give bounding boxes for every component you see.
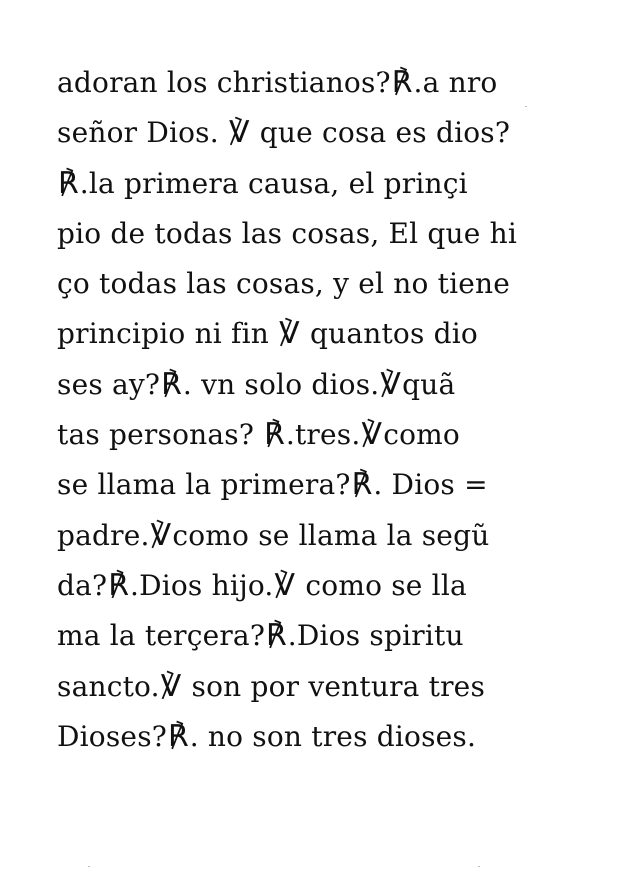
- text-segment: tas personas?: [57, 418, 263, 451]
- text-segment: . Dios =: [373, 468, 487, 501]
- text-segment: Dioses?: [57, 720, 167, 753]
- text-line: pio de todas las cosas, El que hi: [57, 209, 597, 259]
- text-segment: quantos dio: [301, 317, 478, 350]
- paper-speck: [382, 72, 384, 73]
- text-segment: adoran los christianos?: [57, 66, 391, 99]
- versicle-mark-icon: ℣: [275, 561, 296, 611]
- text-line: se llama la primera?℟. Dios =: [57, 460, 597, 510]
- text-line: ses ay?℟. vn solo dios.℣quã: [57, 360, 597, 410]
- response-mark-icon: ℟: [108, 561, 129, 611]
- manuscript-text-block: adoran los christianos?℟.a nroseñor Dios…: [57, 58, 597, 762]
- text-segment: como: [383, 418, 460, 451]
- text-segment: da?: [57, 569, 107, 602]
- paper-speck: [525, 106, 527, 107]
- text-segment: sancto.: [57, 670, 160, 703]
- text-segment: ses ay?: [57, 368, 160, 401]
- text-line: adoran los christianos?℟.a nro: [57, 58, 597, 108]
- text-segment: como se lla: [296, 569, 467, 602]
- text-line: ℟.la primera causa, el prinçi: [57, 159, 597, 209]
- text-segment: se llama la primera?: [57, 468, 351, 501]
- versicle-mark-icon: ℣: [161, 662, 182, 712]
- text-segment: . vn solo dios.: [183, 368, 380, 401]
- versicle-mark-icon: ℣: [380, 360, 401, 410]
- text-line: Dioses?℟. no son tres dioses.: [57, 712, 597, 762]
- text-segment: . no son tres dioses.: [190, 720, 476, 753]
- text-line: da?℟.Dios hijo.℣ como se lla: [57, 561, 597, 611]
- text-segment: .Dios spiritu: [288, 619, 464, 652]
- text-segment: .tres.: [286, 418, 361, 451]
- text-segment: como se llama la segũ: [172, 519, 489, 552]
- paper-speck: [88, 866, 90, 867]
- text-segment: principio ni fin: [57, 317, 278, 350]
- text-line: padre.℣como se llama la segũ: [57, 511, 597, 561]
- text-segment: ço todas las cosas, y el no tiene: [57, 267, 510, 300]
- response-mark-icon: ℟: [58, 159, 79, 209]
- text-line: sancto.℣ son por ventura tres: [57, 662, 597, 712]
- response-mark-icon: ℟: [161, 360, 182, 410]
- text-segment: que cosa es dios?: [251, 116, 510, 149]
- manuscript-page: adoran los christianos?℟.a nroseñor Dios…: [0, 0, 640, 889]
- response-mark-icon: ℟: [392, 58, 413, 108]
- text-line: ço todas las cosas, y el no tiene: [57, 259, 597, 309]
- versicle-mark-icon: ℣: [151, 511, 172, 561]
- response-mark-icon: ℟: [264, 410, 285, 460]
- text-segment: son por ventura tres: [182, 670, 485, 703]
- text-segment: .Dios hijo.: [130, 569, 274, 602]
- text-segment: pio de todas las cosas, El que hi: [57, 217, 517, 250]
- text-segment: .la primera causa, el prinçi: [80, 167, 468, 200]
- text-line: principio ni fin ℣ quantos dio: [57, 309, 597, 359]
- versicle-mark-icon: ℣: [229, 108, 250, 158]
- response-mark-icon: ℟: [168, 712, 189, 762]
- text-segment: .a nro: [414, 66, 498, 99]
- versicle-mark-icon: ℣: [361, 410, 382, 460]
- text-line: ma la terçera?℟.Dios spiritu: [57, 611, 597, 661]
- response-mark-icon: ℟: [352, 460, 373, 510]
- paper-speck: [478, 866, 480, 867]
- text-segment: quã: [402, 368, 455, 401]
- text-segment: padre.: [57, 519, 150, 552]
- response-mark-icon: ℟: [266, 611, 287, 661]
- text-line: señor Dios. ℣ que cosa es dios?: [57, 108, 597, 158]
- text-line: tas personas? ℟.tres.℣como: [57, 410, 597, 460]
- text-segment: ma la terçera?: [57, 619, 265, 652]
- text-segment: señor Dios.: [57, 116, 228, 149]
- versicle-mark-icon: ℣: [279, 309, 300, 359]
